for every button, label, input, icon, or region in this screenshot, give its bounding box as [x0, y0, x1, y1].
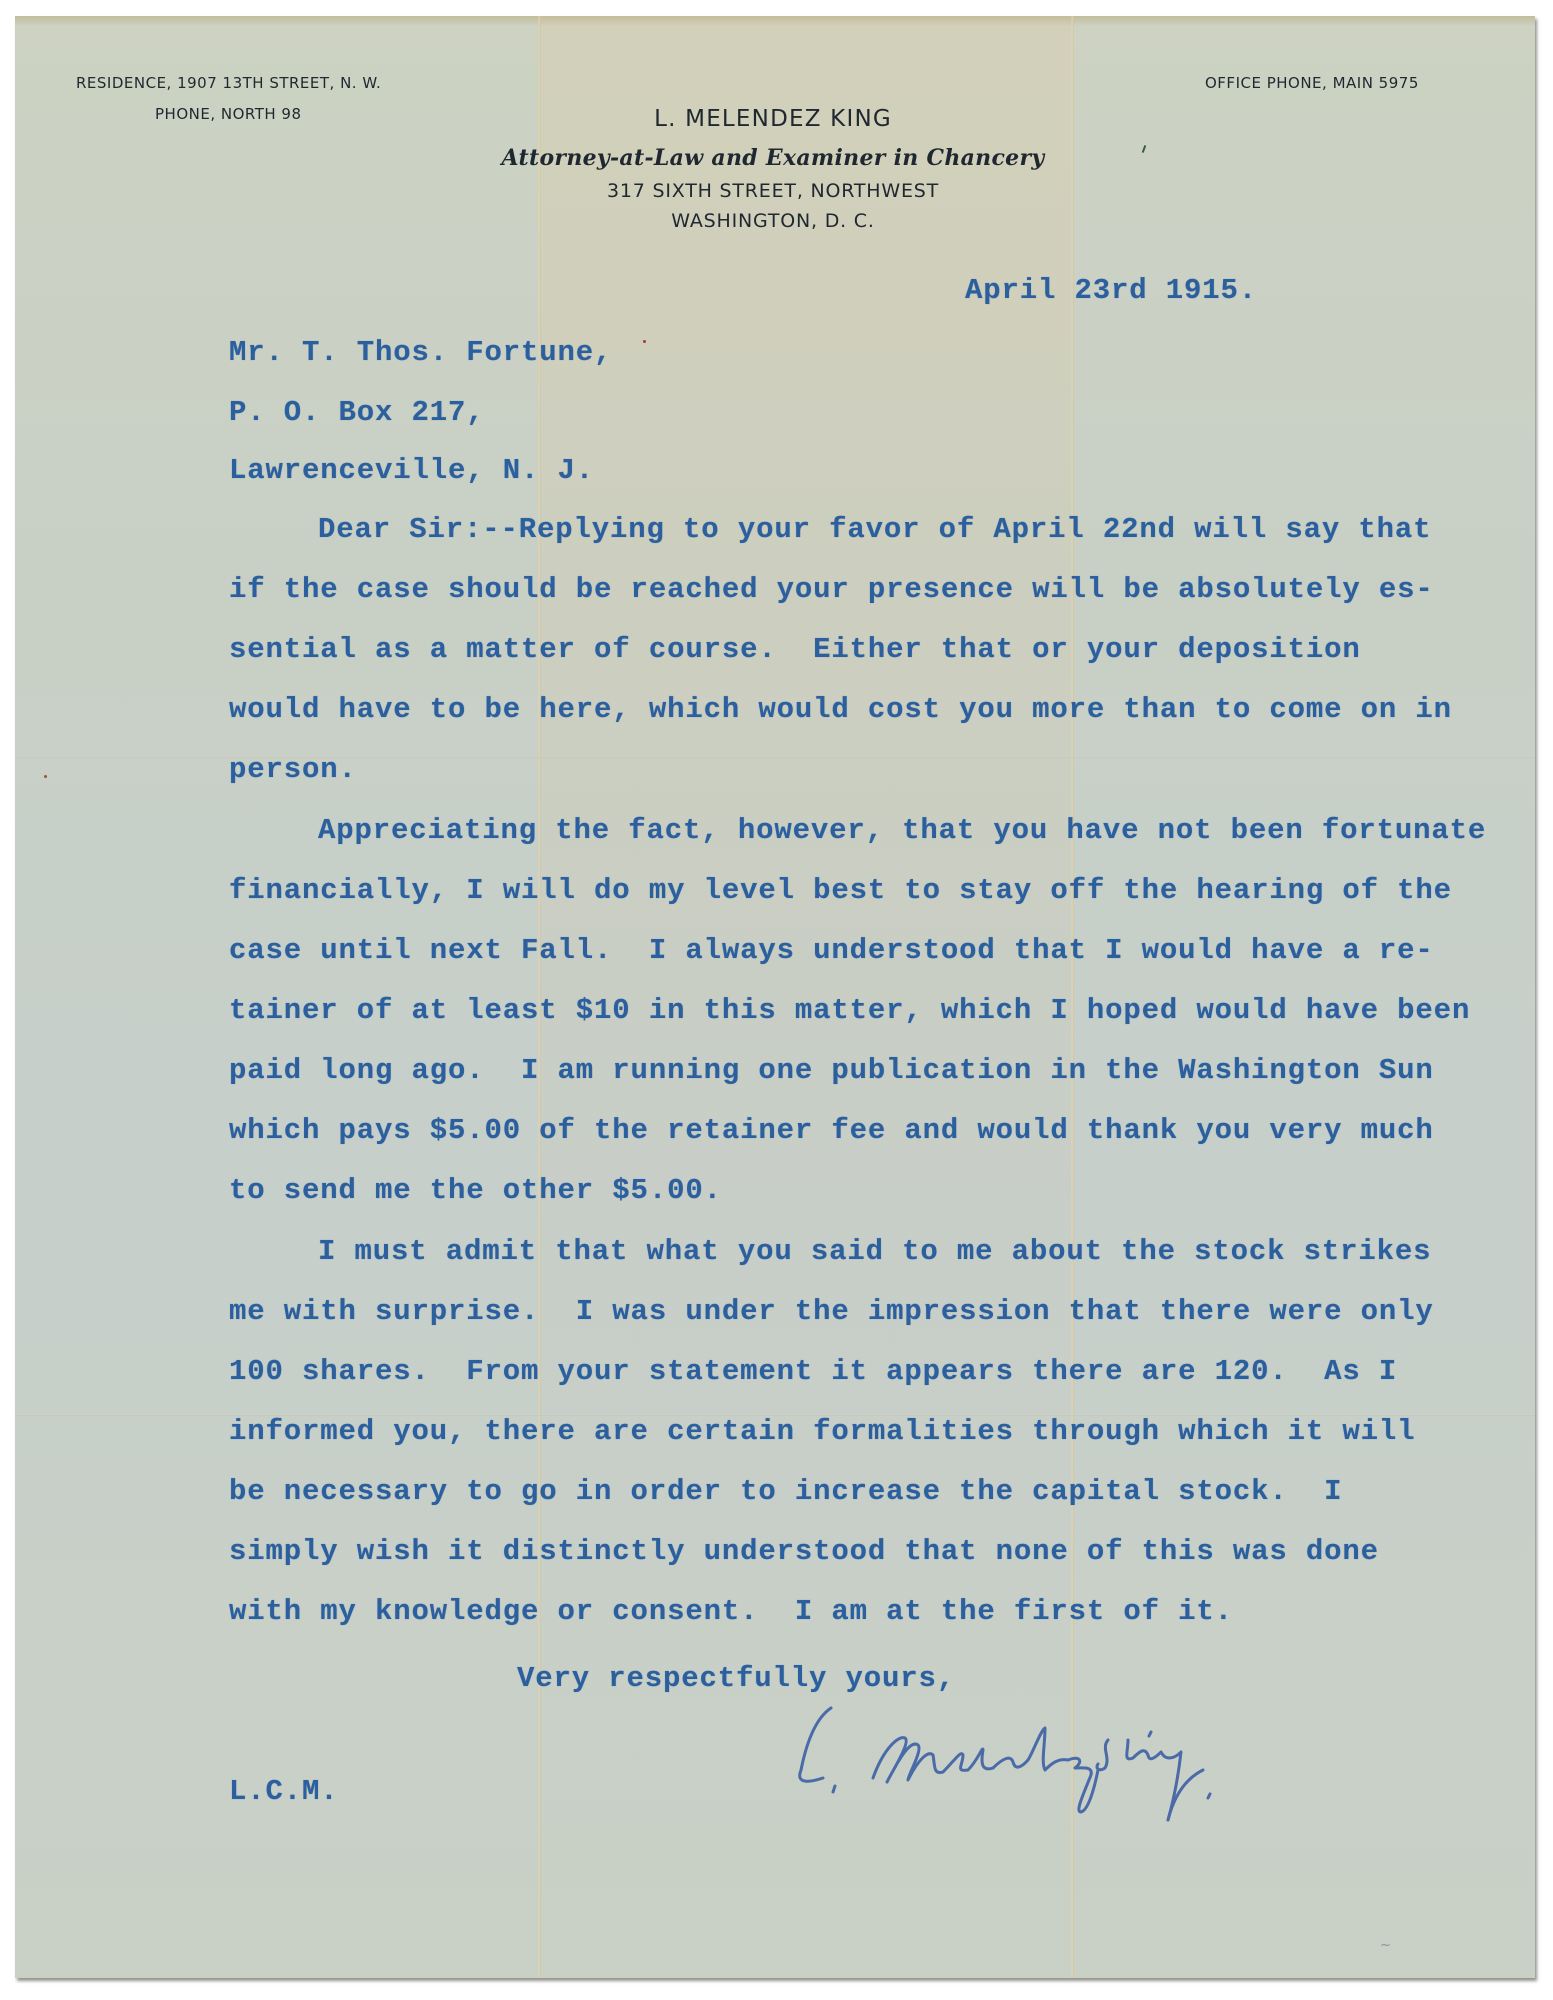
- typist-initials: L.C.M.: [229, 1777, 339, 1806]
- body-line: Appreciating the fact, however, that you…: [318, 816, 1486, 845]
- body-line: sential as a matter of course. Either th…: [229, 635, 1361, 664]
- office-city: WASHINGTON, D. C.: [671, 210, 874, 232]
- attorney-title: Attorney-at-Law and Examiner in Chancery: [502, 145, 1045, 171]
- body-line: 100 shares. From your statement it appea…: [229, 1357, 1397, 1386]
- recipient-city: Lawrenceville, N. J.: [229, 456, 594, 485]
- residence-address: RESIDENCE, 1907 13TH STREET, N. W.: [76, 74, 381, 92]
- office-phone: OFFICE PHONE, MAIN 5975: [1205, 74, 1419, 92]
- handwritten-signature: [783, 1700, 1323, 1825]
- body-line: I must admit that what you said to me ab…: [318, 1237, 1431, 1266]
- body-line: financially, I will do my level best to …: [229, 876, 1452, 905]
- body-line: tainer of at least $10 in this matter, w…: [229, 996, 1470, 1025]
- body-line: paid long ago. I am running one publicat…: [229, 1056, 1434, 1085]
- body-line: Dear Sir:--Replying to your favor of Apr…: [318, 515, 1431, 544]
- body-line: be necessary to go in order to increase …: [229, 1477, 1342, 1506]
- body-line: would have to be here, which would cost …: [229, 695, 1452, 724]
- body-line: informed you, there are certain formalit…: [229, 1417, 1415, 1446]
- body-line: person.: [229, 755, 357, 784]
- body-line: me with surprise. I was under the impres…: [229, 1297, 1434, 1326]
- letter-date: April 23rd 1915.: [965, 276, 1257, 305]
- closing: Very respectfully yours,: [517, 1664, 955, 1693]
- paper-speck: [44, 775, 47, 778]
- pencil-notation: ~: [1380, 1938, 1391, 1953]
- body-line: simply wish it distinctly understood tha…: [229, 1537, 1379, 1566]
- residence-phone: PHONE, NORTH 98: [155, 105, 302, 123]
- attorney-name: L. MELENDEZ KING: [654, 106, 892, 132]
- recipient-name: Mr. T. Thos. Fortune,: [229, 338, 612, 367]
- body-line: which pays $5.00 of the retainer fee and…: [229, 1116, 1434, 1145]
- body-line: if the case should be reached your prese…: [229, 575, 1434, 604]
- body-line: to send me the other $5.00.: [229, 1176, 722, 1205]
- office-address: 317 SIXTH STREET, NORTHWEST: [607, 180, 939, 202]
- paper-top-edge: [15, 16, 1535, 26]
- paper-speck: [643, 340, 646, 343]
- body-line: case until next Fall. I always understoo…: [229, 936, 1434, 965]
- recipient-po-box: P. O. Box 217,: [229, 398, 485, 427]
- body-line: with my knowledge or consent. I am at th…: [229, 1597, 1233, 1626]
